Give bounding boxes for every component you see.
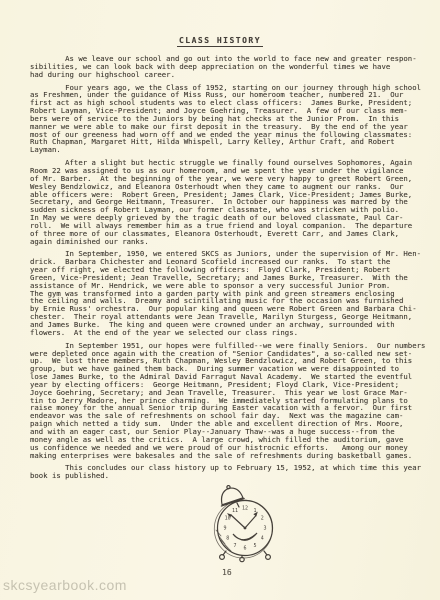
clock-numeral: 11 [232, 508, 238, 514]
clock-numeral: 3 [263, 526, 266, 532]
clock-numeral: 2 [261, 516, 264, 522]
clock-numeral: 6 [243, 546, 246, 552]
watermark: skcsyearbook.com [3, 577, 127, 593]
clock-bell-stem [237, 503, 239, 507]
paragraph-intro: As we leave our school and go out into t… [30, 55, 422, 79]
clock-numeral: 1 [253, 508, 256, 514]
clock-feet [220, 551, 271, 562]
clock-numeral: 7 [233, 543, 236, 549]
alarm-clock-icon: 12 1 2 3 4 5 6 7 8 9 10 11 [198, 485, 290, 563]
clock-smile [233, 533, 257, 540]
paragraph-senior-year: In September 1951, our hopes were fulfil… [30, 342, 422, 460]
clock-numeral: 4 [261, 536, 264, 542]
class-history-text: As we leave our school and go out into t… [30, 55, 422, 485]
paragraph-junior-year: In September, 1950, we entered SKCS as J… [30, 250, 422, 336]
page-title: CLASS HISTORY [0, 36, 440, 47]
clock-numeral: 8 [226, 536, 229, 542]
yearbook-scanned-page: CLASS HISTORY As we leave our school and… [0, 0, 440, 600]
clock-numeral: 5 [253, 543, 256, 549]
clock-numeral: 12 [242, 506, 248, 512]
clock-numeral: 10 [225, 516, 231, 522]
paragraph-freshman-year: Four years ago, we the Class of 1952, st… [30, 84, 422, 155]
page-title-text: CLASS HISTORY [177, 36, 263, 47]
clock-hands [229, 513, 257, 530]
page-number: 16 [222, 568, 232, 577]
paragraph-conclusion: This concludes our class history up to F… [30, 464, 422, 480]
clock-numeral: 9 [223, 526, 226, 532]
alarm-clock-illustration: 12 1 2 3 4 5 6 7 8 9 10 11 [198, 485, 290, 563]
paragraph-sophomore-year: After a slight but hectic struggle we fi… [30, 159, 422, 245]
